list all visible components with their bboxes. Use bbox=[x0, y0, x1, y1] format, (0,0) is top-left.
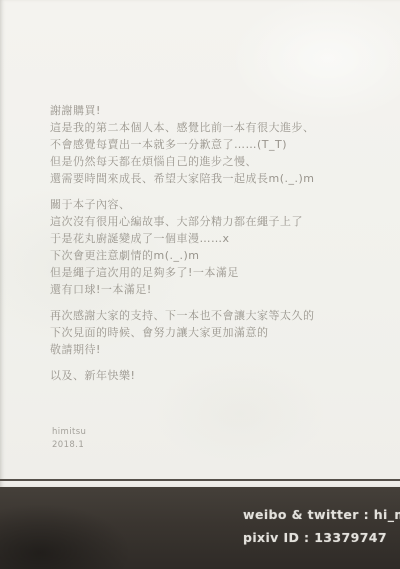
text-line: 不會感覺每賣出一本就多一分歉意了……(T_T) bbox=[50, 136, 370, 153]
afterword-paragraph-newyear: 以及、新年快樂! bbox=[50, 367, 370, 384]
afterword-page-paper: 謝謝購買! 這是我的第二本個人本、感覺比前一本有很大進步、 不會感覺每賣出一本就… bbox=[0, 0, 400, 487]
pixiv-id-credit: pixiv ID : 13379747 bbox=[243, 526, 400, 549]
text-line: 敬請期待! bbox=[50, 341, 370, 358]
text-line: 于是花丸廚誕變成了一個車漫……x bbox=[50, 230, 370, 247]
text-line: 下次見面的時候、會努力讓大家更加滿意的 bbox=[50, 324, 370, 341]
weibo-twitter-credit: weibo & twitter : hi_mi_tsu_2 bbox=[243, 503, 400, 526]
text-line: 謝謝購買! bbox=[50, 102, 370, 119]
footer-divider-line bbox=[0, 479, 400, 481]
text-line: 但是繩子這次用的足夠多了!一本滿足 bbox=[50, 264, 370, 281]
text-line: 這次沒有很用心編故事、大部分精力都在繩子上了 bbox=[50, 213, 370, 230]
afterword-paragraph-thanks: 謝謝購買! 這是我的第二本個人本、感覺比前一本有很大進步、 不會感覺每賣出一本就… bbox=[50, 102, 370, 187]
footer-credits: weibo & twitter : hi_mi_tsu_2 pixiv ID :… bbox=[243, 503, 400, 549]
text-line: 再次感謝大家的支持、下一本也不會讓大家等太久的 bbox=[50, 307, 370, 324]
signature-block: himitsu 2018.1 bbox=[52, 426, 86, 452]
text-line: 下次會更注意劇情的m(._.)m bbox=[50, 247, 370, 264]
text-line: 還有口球!一本滿足! bbox=[50, 281, 370, 298]
afterword-paragraph-gratitude: 再次感謝大家的支持、下一本也不會讓大家等太久的 下次見面的時候、會努力讓大家更加… bbox=[50, 307, 370, 358]
text-line: 還需要時間來成長、希望大家陪我一起成長m(._.)m bbox=[50, 170, 370, 187]
footer-band: weibo & twitter : hi_mi_tsu_2 pixiv ID :… bbox=[0, 487, 400, 569]
text-line: 這是我的第二本個人本、感覺比前一本有很大進步、 bbox=[50, 119, 370, 136]
text-line: 但是仍然每天都在煩惱自己的進步之慢、 bbox=[50, 153, 370, 170]
afterword-paragraph-content: 關于本子內容、 這次沒有很用心編故事、大部分精力都在繩子上了 于是花丸廚誕變成了… bbox=[50, 196, 370, 298]
author-name: himitsu bbox=[52, 426, 86, 439]
text-line: 以及、新年快樂! bbox=[50, 367, 370, 384]
date-text: 2018.1 bbox=[52, 439, 86, 452]
text-line: 關于本子內容、 bbox=[50, 196, 370, 213]
afterword-text-block: 謝謝購買! 這是我的第二本個人本、感覺比前一本有很大進步、 不會感覺每賣出一本就… bbox=[50, 102, 370, 393]
